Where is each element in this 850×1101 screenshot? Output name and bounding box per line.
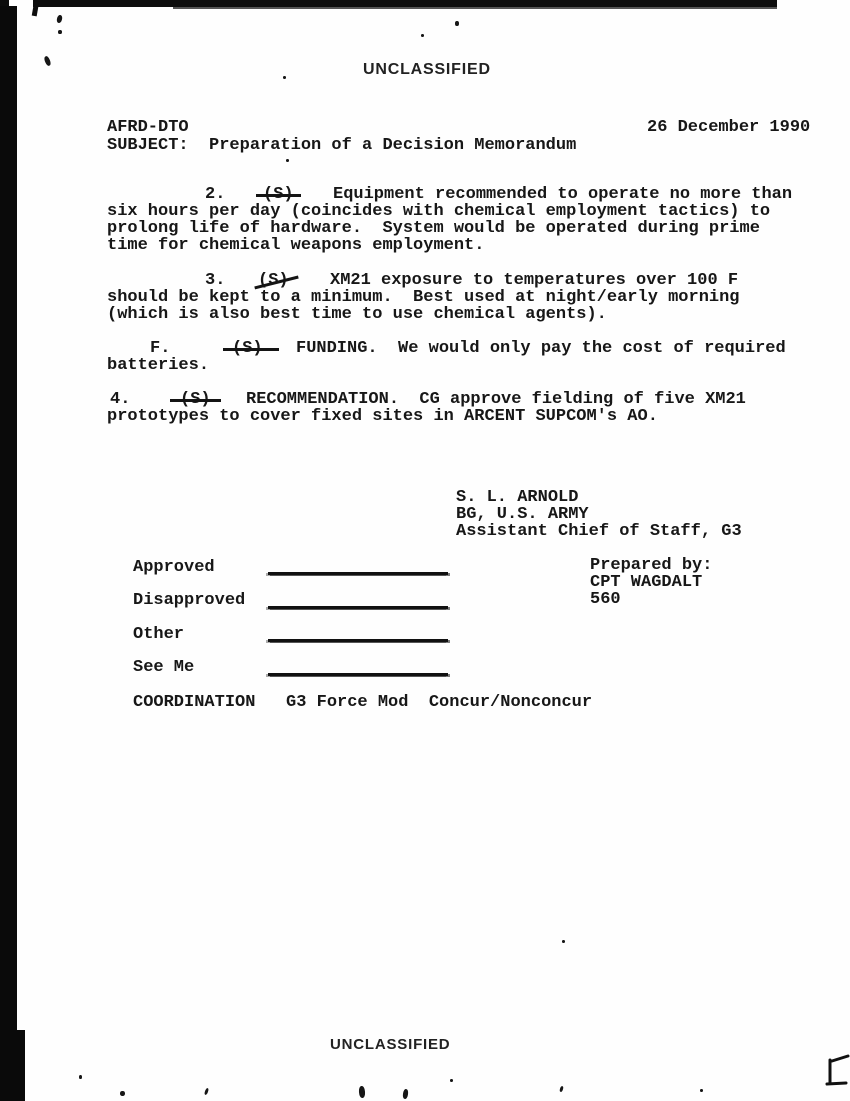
scan-artifact [421,34,424,37]
classification-marking-struck: (S) [180,391,211,408]
decision-label-approved: Approved [133,559,215,576]
handwritten-bracket-mark [822,1053,850,1089]
decision-label-disapproved: Disapproved [133,592,245,609]
classification-marking-struck: (S) [258,272,289,289]
scan-artifact [283,76,286,79]
see-me-signature-line [268,673,448,676]
paragraph-2-number: 2. [205,186,225,203]
classification-marking-struck: (S) [263,186,294,203]
subject-line: SUBJECT: Preparation of a Decision Memor… [107,137,576,154]
scan-artifact [204,1088,209,1096]
paragraph-4-number: 4. [110,391,130,408]
scan-artifact [455,21,459,26]
disapproved-signature-line [268,606,448,609]
coordination-line: COORDINATION G3 Force Mod Concur/Nonconc… [133,694,592,711]
paragraph-3-body: should be kept to a minimum. Best used a… [107,289,740,323]
paragraph-4-first-line: RECOMMENDATION. CG approve fielding of f… [246,391,746,408]
scan-edge-left-bottom [0,1030,25,1101]
paragraph-f-first-line: FUNDING. We would only pay the cost of r… [296,340,786,357]
office-symbol: AFRD-DTO [107,119,189,136]
scan-artifact [56,15,63,24]
classification-marking-struck: (S) [232,340,263,357]
scan-artifact [58,30,62,34]
classification-banner-top: UNCLASSIFIED [363,61,491,79]
scan-artifact [359,1086,366,1098]
paragraph-3-first-line: XM21 exposure to temperatures over 100 F [330,272,738,289]
scan-artifact [562,940,565,943]
paragraph-2-body: six hours per day (coincides with chemic… [107,203,770,255]
scan-artifact [450,1079,453,1082]
decision-label-see-me: See Me [133,659,194,676]
scanned-memo-page: UNCLASSIFIED UNCLASSIFIED AFRD-DTO 26 De… [0,0,850,1101]
paragraph-3-number: 3. [205,272,225,289]
paragraph-f-letter: F. [150,340,170,357]
scan-edge-left [0,6,17,1101]
prepared-by-block: Prepared by: CPT WAGDALT 560 [590,557,712,609]
scan-artifact [700,1089,703,1092]
scan-artifact [286,159,289,162]
date: 26 December 1990 [647,119,810,136]
approved-signature-line [268,572,448,575]
other-signature-line [268,639,448,642]
classification-banner-bottom: UNCLASSIFIED [330,1036,450,1053]
scan-artifact [32,1,40,17]
scan-artifact [43,55,51,66]
scan-artifact [79,1075,82,1079]
scan-artifact [120,1091,125,1096]
scan-edge-top [33,0,777,7]
paragraph-f-body: batteries. [107,357,209,374]
scan-artifact [559,1086,564,1093]
paragraph-2-first-line: Equipment recommended to operate no more… [333,186,792,203]
decision-label-other: Other [133,626,184,643]
scan-artifact [402,1089,408,1100]
signature-block: S. L. ARNOLD BG, U.S. ARMY Assistant Chi… [456,489,742,541]
paragraph-4-body: prototypes to cover fixed sites in ARCEN… [107,408,658,425]
